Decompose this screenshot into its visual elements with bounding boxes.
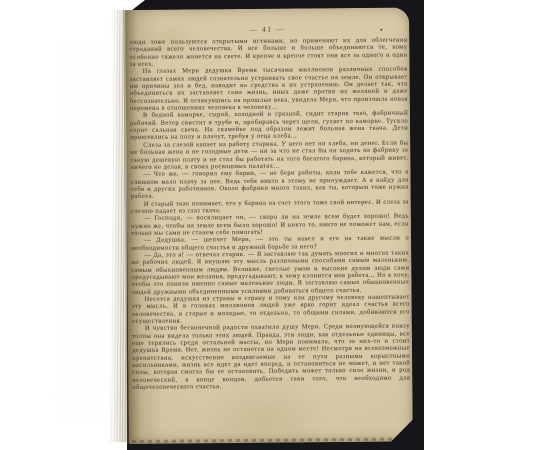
paragraph-7: — Господи, — восклицает он, — скоро ли н…: [131, 213, 409, 237]
paragraph-3: В бедной каморке, сырой, холодной и гряз…: [130, 110, 408, 142]
paragraph-4: Слеза за слезой капает на работу старика…: [130, 139, 408, 171]
paragraph-1: люди тоже пользуются открытыми истинами,…: [129, 37, 407, 69]
paragraph-5: — Что же, — говорил ему барин, — не бери…: [131, 169, 409, 201]
book-product-photo: — 41 — люди тоже пользуются открытыми ис…: [0, 0, 550, 450]
photo-dark-background: — 41 — люди тоже пользуются открытыми ис…: [127, 0, 424, 450]
paragraph-9: — Да, это я! — отвечал старик. — Я заста…: [131, 249, 409, 295]
paper-speck: [380, 29, 382, 31]
bottom-deckle-edge: [132, 438, 403, 443]
paragraph-10: Несется дедушка из страны в страну и том…: [132, 294, 410, 326]
paragraph-11: И чувство бесконечной радости охватило д…: [132, 323, 411, 392]
book-page: — 41 — люди тоже пользуются открытыми ис…: [125, 8, 413, 444]
page-number: — 41 —: [129, 24, 405, 35]
paragraph-2: На глазах Мери дедушка Время тысячами ми…: [130, 66, 408, 112]
page-text: люди тоже пользуются открытыми истинами,…: [129, 37, 410, 392]
